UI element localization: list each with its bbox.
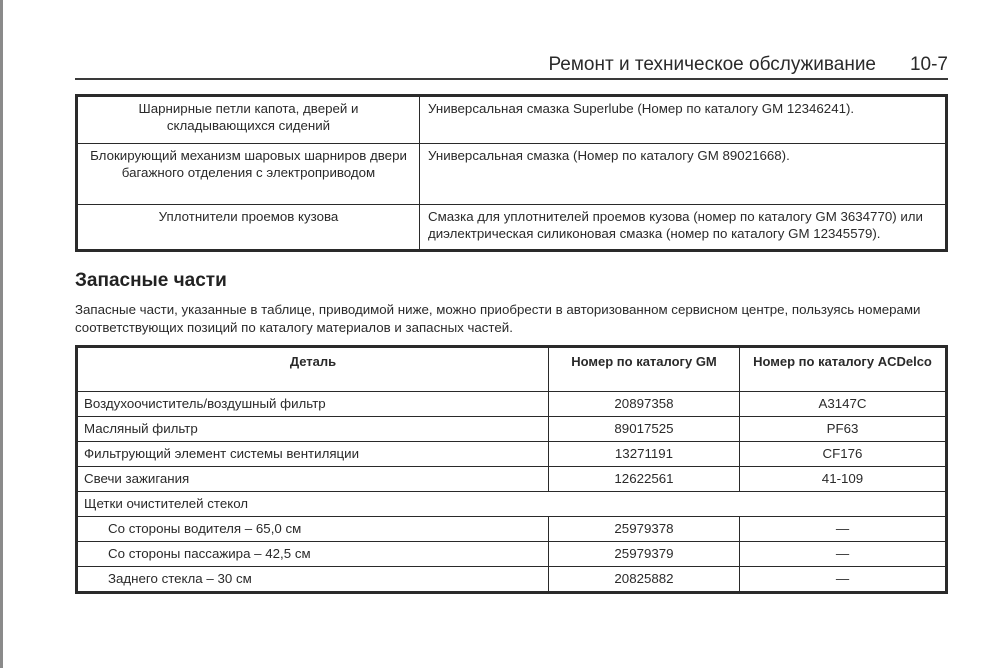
table-row: Уплотнители проемов кузова Смазка для уп…: [77, 205, 947, 251]
running-header: Ремонт и техническое обслуживание 10-7: [75, 50, 948, 80]
part-name-cell: Свечи зажигания: [77, 467, 549, 492]
intro-paragraph: Запасные части, указанные в таблице, при…: [75, 301, 955, 336]
part-name-cell: Со стороны водителя – 65,0 см: [77, 517, 549, 542]
part-name-cell: Фильтрующий элемент системы вентиляции: [77, 442, 549, 467]
gm-number-cell: 20825882: [549, 567, 740, 593]
section-heading: Запасные части: [75, 270, 227, 292]
part-name-cell: Воздухоочиститель/воздушный фильтр: [77, 392, 549, 417]
part-name-cell: Со стороны пассажира – 42,5 см: [77, 542, 549, 567]
page-number: 10-7: [910, 54, 948, 76]
acdelco-number-cell: 41-109: [740, 467, 947, 492]
acdelco-number-cell: —: [740, 542, 947, 567]
lubricants-table: Шарнирные петли капота, дверей и складыв…: [75, 94, 948, 252]
item-cell: Шарнирные петли капота, дверей и складыв…: [77, 96, 420, 144]
gm-number-cell: 12622561: [549, 467, 740, 492]
page-edge: [0, 0, 3, 668]
spare-parts-table: Деталь Номер по каталогу GM Номер по кат…: [75, 345, 948, 594]
gm-number-cell: 20897358: [549, 392, 740, 417]
table-header-row: Деталь Номер по каталогу GM Номер по кат…: [77, 347, 947, 392]
table-row: Со стороны пассажира – 42,5 см25979379—: [77, 542, 947, 567]
gm-number-cell: 25979379: [549, 542, 740, 567]
lubricant-cell: Смазка для уплотнителей проемов кузова (…: [420, 205, 947, 251]
gm-number-cell: 13271191: [549, 442, 740, 467]
column-header-gm: Номер по каталогу GM: [549, 347, 740, 392]
item-cell: Блокирующий механизм шаровых шарниров дв…: [77, 144, 420, 205]
group-label-cell: Щетки очистителей стекол: [77, 492, 947, 517]
column-header-part: Деталь: [77, 347, 549, 392]
acdelco-number-cell: CF176: [740, 442, 947, 467]
acdelco-number-cell: PF63: [740, 417, 947, 442]
table-group-row: Щетки очистителей стекол: [77, 492, 947, 517]
lubricant-cell: Универсальная смазка Superlube (Номер по…: [420, 96, 947, 144]
chapter-title: Ремонт и техническое обслуживание: [548, 54, 876, 76]
table-row: Воздухоочиститель/воздушный фильтр208973…: [77, 392, 947, 417]
table-row: Масляный фильтр89017525PF63: [77, 417, 947, 442]
table-row: Со стороны водителя – 65,0 см25979378—: [77, 517, 947, 542]
gm-number-cell: 25979378: [549, 517, 740, 542]
acdelco-number-cell: —: [740, 517, 947, 542]
column-header-acdelco: Номер по каталогу ACDelco: [740, 347, 947, 392]
spare-parts-body: Воздухоочиститель/воздушный фильтр208973…: [77, 392, 947, 593]
table-row: Свечи зажигания1262256141-109: [77, 467, 947, 492]
acdelco-number-cell: A3147C: [740, 392, 947, 417]
table-row: Заднего стекла – 30 см20825882—: [77, 567, 947, 593]
acdelco-number-cell: —: [740, 567, 947, 593]
item-cell: Уплотнители проемов кузова: [77, 205, 420, 251]
gm-number-cell: 89017525: [549, 417, 740, 442]
table-row: Фильтрующий элемент системы вентиляции13…: [77, 442, 947, 467]
table-row: Шарнирные петли капота, дверей и складыв…: [77, 96, 947, 144]
part-name-cell: Заднего стекла – 30 см: [77, 567, 549, 593]
part-name-cell: Масляный фильтр: [77, 417, 549, 442]
table-row: Блокирующий механизм шаровых шарниров дв…: [77, 144, 947, 205]
lubricant-cell: Универсальная смазка (Номер по каталогу …: [420, 144, 947, 205]
